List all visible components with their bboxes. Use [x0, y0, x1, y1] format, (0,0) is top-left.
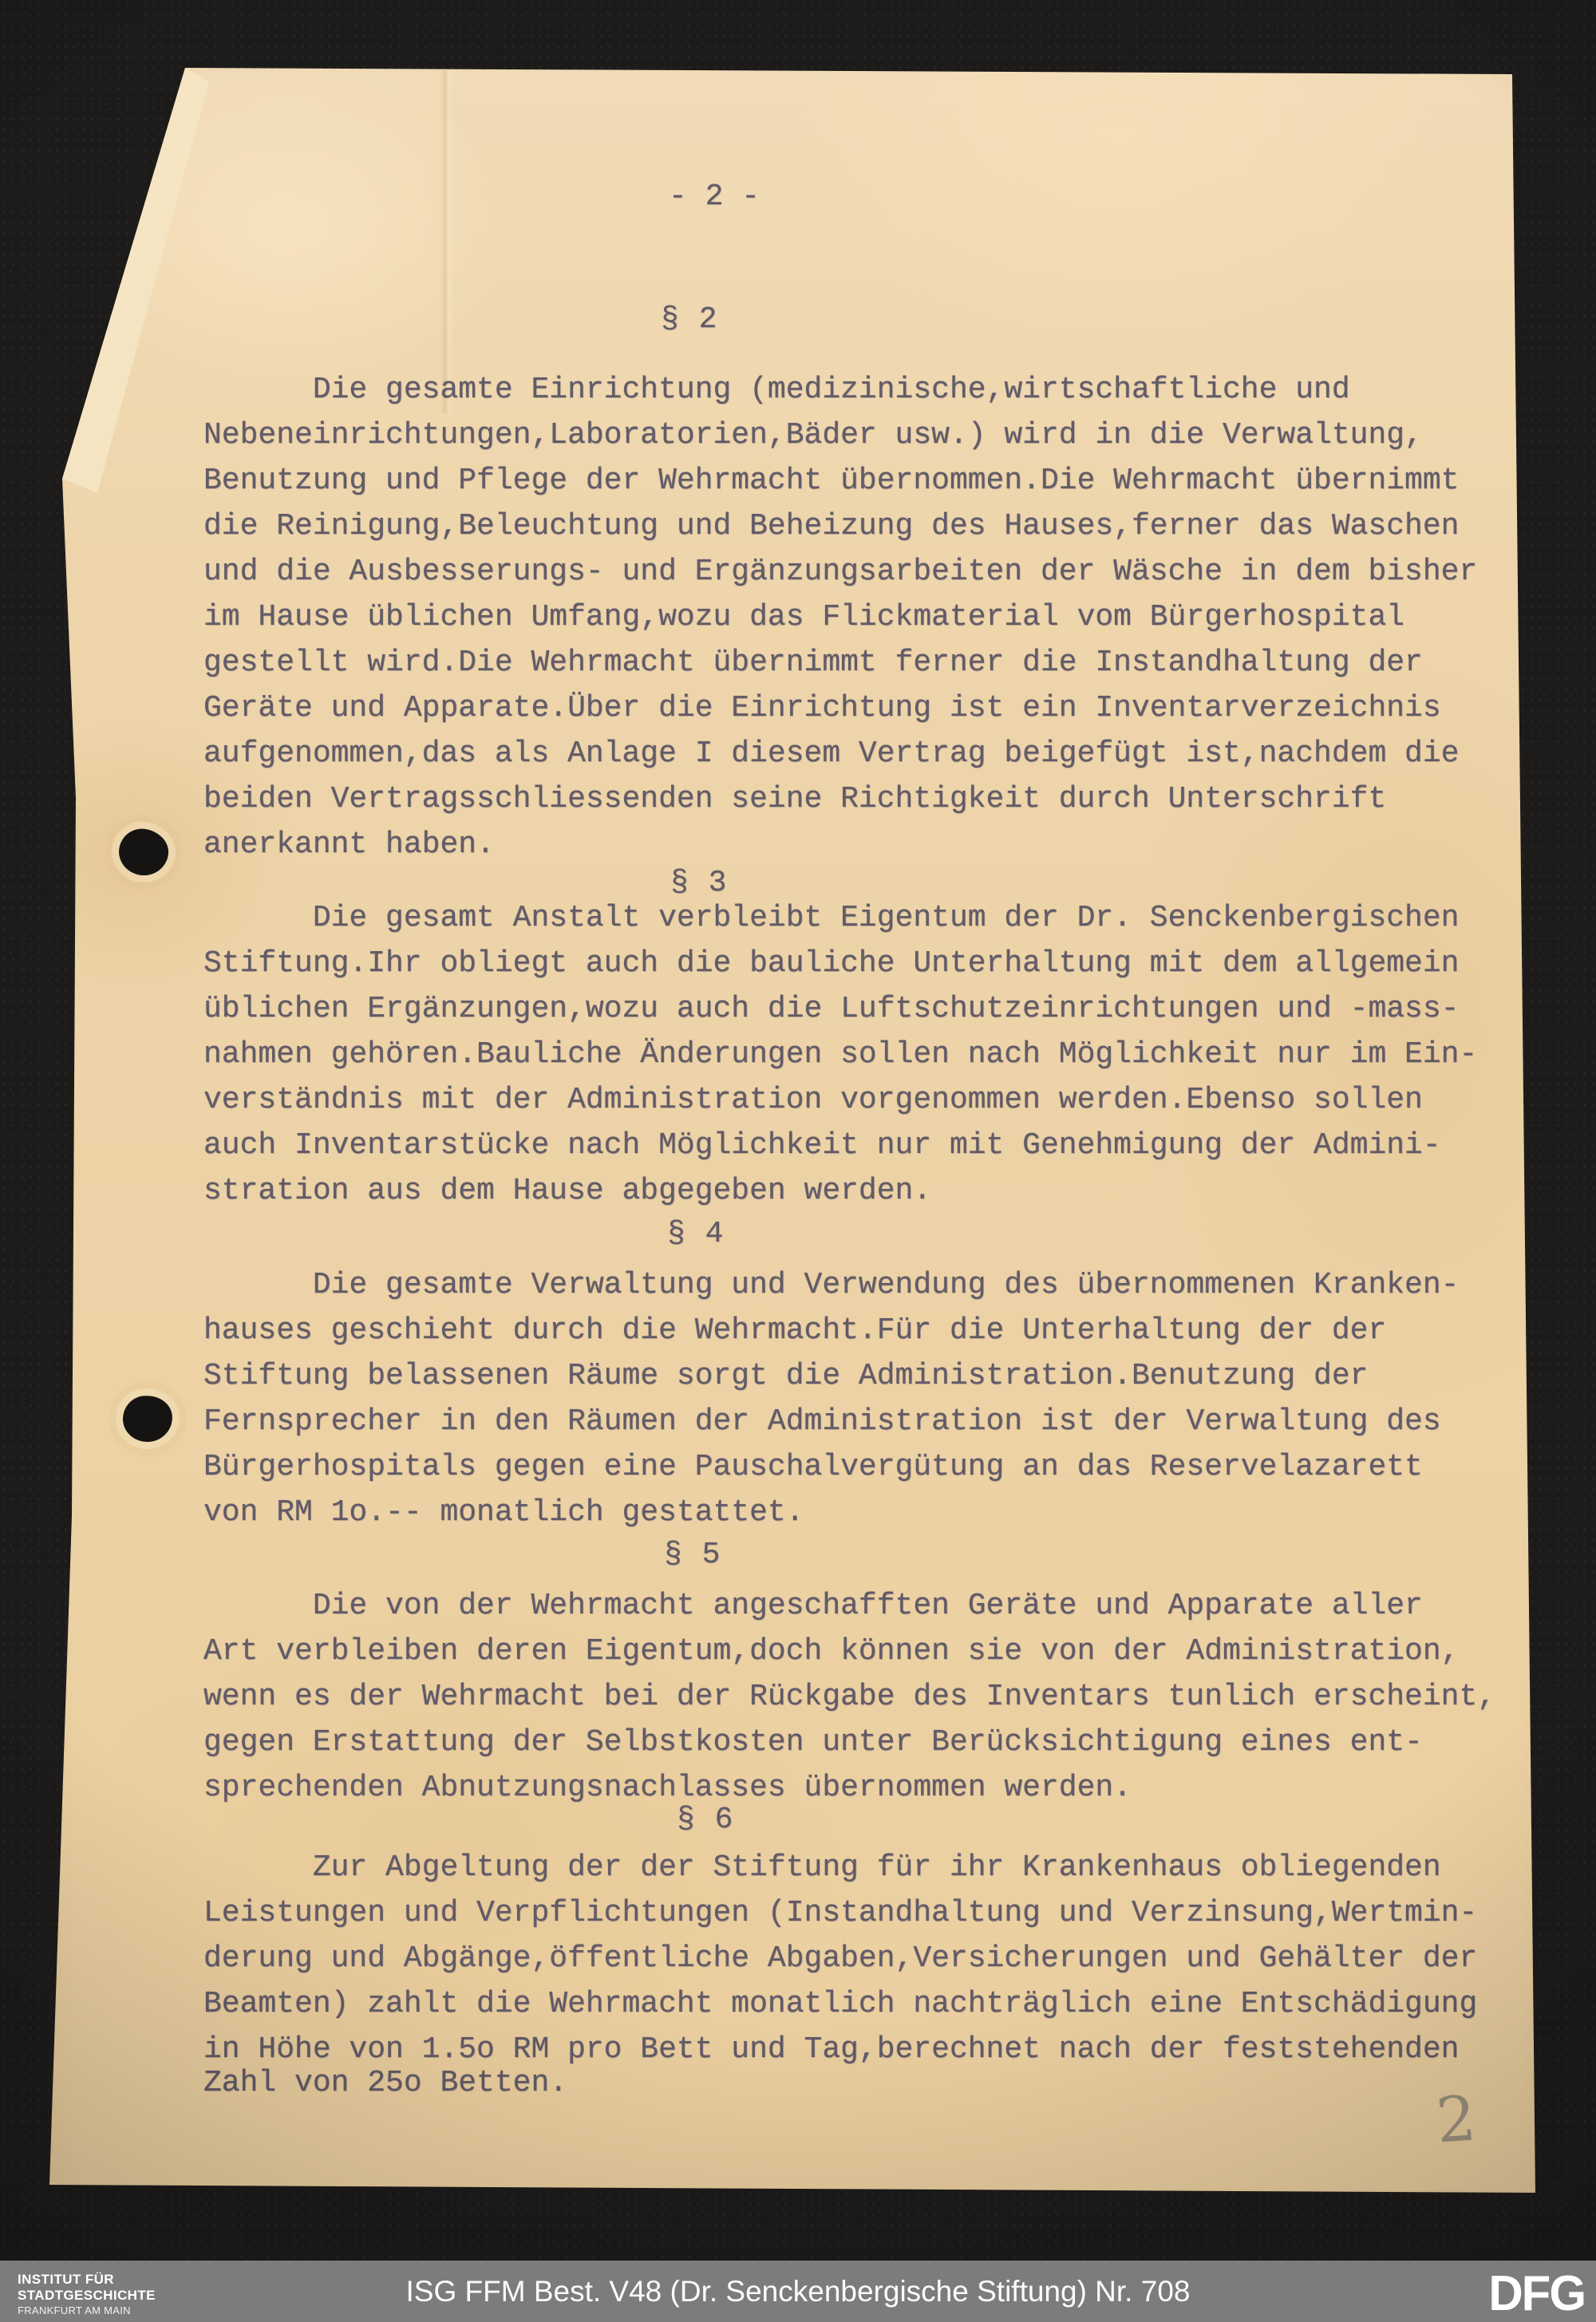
- handwritten-page-number: 2: [1434, 2083, 1479, 2157]
- typed-paragraph-3: Die gesamt Anstalt verbleibt Eigentum de…: [203, 895, 1477, 1214]
- dfg-logo: DFG: [1488, 2265, 1585, 2322]
- section-heading-6: § 6: [677, 1797, 733, 1842]
- typed-paragraph-5: Die von der Wehrmacht angeschafften Gerä…: [203, 1583, 1495, 1811]
- section-heading-5: § 5: [664, 1532, 721, 1578]
- archive-reference: ISG FFM Best. V48 (Dr. Senckenbergische …: [0, 2261, 1596, 2322]
- archive-footer-bar: INSTITUT FÜR STADTGESCHICHTE FRANKFURT A…: [0, 2261, 1596, 2322]
- typed-paragraph-6: Zur Abgeltung der der Stiftung für ihr K…: [203, 1845, 1477, 2072]
- section-heading-4: § 4: [667, 1211, 724, 1257]
- archive-scan-view: - 2 - § 2 Die gesamte Einrichtung (mediz…: [0, 0, 1596, 2322]
- section-heading-2: § 2: [661, 297, 717, 342]
- page-number-top: - 2 -: [669, 174, 760, 219]
- typed-paragraph-4: Die gesamte Verwaltung und Verwendung de…: [203, 1262, 1459, 1535]
- typed-paragraph-6-last-line: Zahl von 25o Betten.: [203, 2060, 567, 2106]
- paper-crease: [440, 70, 453, 413]
- typed-paragraph-2: Die gesamte Einrichtung (medizinische,wi…: [203, 367, 1477, 867]
- document-page: - 2 - § 2 Die gesamte Einrichtung (mediz…: [0, 0, 1596, 2261]
